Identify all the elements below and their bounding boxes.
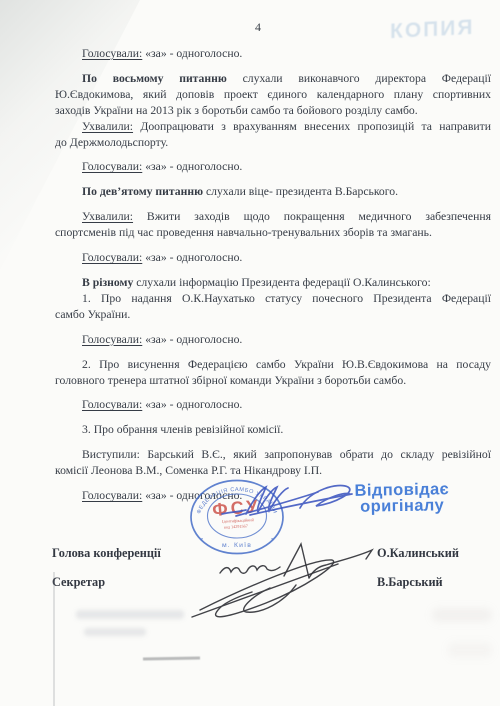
signature-row: СекретарВ.Барський xyxy=(52,575,492,591)
signatory-name: В.Барський xyxy=(377,575,443,590)
text-line: спортсменів під час проведення навчально… xyxy=(55,225,491,241)
text-line: Ухвалили: Вжити заходів щодо покращення … xyxy=(55,209,491,225)
paragraph-cont: Ухвалили: Доопрацювати з врахуванням вне… xyxy=(55,119,491,151)
text: спортсменів під час проведення навчально… xyxy=(55,226,432,239)
scan-smudge xyxy=(432,608,492,622)
document-text: Голосували: «за» - одноголосно.По восьмо… xyxy=(55,46,491,504)
text-line: самбо України. xyxy=(55,307,491,323)
paragraph-body: По восьмому питанню слухали виконавчого … xyxy=(55,71,491,119)
signatory-title: Секретар xyxy=(52,575,105,589)
text: до Держмолодьспорту. xyxy=(55,136,168,149)
certification-line-2: оригіналу xyxy=(346,498,458,515)
seal-id-line-1: Ідентифікаційний xyxy=(222,517,255,524)
signature-block: Голова конференціїО.КалинськийСекретарВ.… xyxy=(52,546,492,604)
text: «за» - одноголосно. xyxy=(142,160,242,173)
underlined-text: Голосували: xyxy=(82,47,142,60)
text: «за» - одноголосно. xyxy=(142,333,242,346)
text-line: Голосували: «за» - одноголосно. xyxy=(55,250,491,266)
seal-id-line-2: код 14291567 xyxy=(224,523,248,529)
text-line: В різному слухали інформацію Президента … xyxy=(55,275,491,291)
page-number: 4 xyxy=(0,20,500,35)
paragraph-body: Виступили: Барський В.Є., який запропону… xyxy=(55,447,491,479)
text: Доопрацювати з врахуванням внесених проп… xyxy=(133,120,491,133)
text: «за» - одноголосно. xyxy=(142,251,242,264)
scan-smudge xyxy=(448,642,492,658)
text-line: Голосували: «за» - одноголосно. xyxy=(55,332,491,348)
text: заходів України на 2013 рік з боротьби с… xyxy=(55,104,418,117)
text-line: Виступили: Барський В.Є., який запропону… xyxy=(55,447,491,463)
text: 3. Про обрання членів ревізійної комісії… xyxy=(82,423,283,436)
paragraph-body: 2. Про висунення Федерацією самбо Україн… xyxy=(55,357,491,389)
paragraph-vote: Голосували: «за» - одноголосно. xyxy=(55,46,491,62)
text-line: до Держмолодьспорту. xyxy=(55,135,491,151)
bold-text: По дев’ятому питанню xyxy=(82,185,203,198)
paragraph-body: Ухвалили: Вжити заходів щодо покращення … xyxy=(55,209,491,241)
text-line: 3. Про обрання членів ревізійної комісії… xyxy=(55,422,491,438)
text: слухали інформацію Президента федерації … xyxy=(133,276,430,289)
text: 2. Про висунення Федерацією самбо Україн… xyxy=(82,358,491,371)
text: головного тренера штатної збірної команд… xyxy=(55,374,406,387)
paragraph-vote: Голосували: «за» - одноголосно. xyxy=(55,250,491,266)
text-line: комісії Леонова В.М., Соменка Р.Г. та Ні… xyxy=(55,463,491,479)
text-line: По дев’ятому питанню слухали віце- прези… xyxy=(55,184,491,200)
text: комісії Леонова В.М., Соменка Р.Г. та Ні… xyxy=(55,464,322,477)
text: Ю.Євдокимова, який доповів проект єдиног… xyxy=(55,88,491,101)
paragraph-body: В різному слухали інформацію Президента … xyxy=(55,275,491,291)
bold-text: В різному xyxy=(82,276,133,289)
underlined-text: Ухвалили: xyxy=(82,210,133,223)
underlined-text: Голосували: xyxy=(82,398,142,411)
text-line: Голосували: «за» - одноголосно. xyxy=(55,46,491,62)
paragraph-vote: Голосували: «за» - одноголосно. xyxy=(55,332,491,348)
text-line: 2. Про висунення Федерацією самбо Україн… xyxy=(55,357,491,373)
paragraph-cont: 1. Про надання О.К.Наухатько статусу поч… xyxy=(55,291,491,323)
text: «за» - одноголосно. xyxy=(142,398,242,411)
underlined-text: Голосували: xyxy=(82,160,142,173)
text: слухали виконавчого директора Федерації xyxy=(227,72,491,85)
signatory-title: Голова конференції xyxy=(52,546,161,560)
text: слухали віце- президента В.Барського. xyxy=(203,185,398,198)
underlined-text: Голосували: xyxy=(82,489,142,502)
paragraph-body: 3. Про обрання членів ревізійної комісії… xyxy=(55,422,491,438)
underlined-text: Голосували: xyxy=(82,251,142,264)
bold-text: По восьмому питанню xyxy=(82,72,227,85)
paragraph-vote: Голосували: «за» - одноголосно. xyxy=(55,397,491,413)
text-line: Ухвалили: Доопрацювати з врахуванням вне… xyxy=(55,119,491,135)
text-line: головного тренера штатної збірної команд… xyxy=(55,373,491,389)
bleed-through-artifact xyxy=(76,610,184,619)
text-line: Ю.Євдокимова, який доповів проект єдиног… xyxy=(55,87,491,103)
text: Виступили: Барський В.Є., який запропону… xyxy=(82,448,491,461)
scan-smudge xyxy=(143,657,200,660)
text-line: заходів України на 2013 рік з боротьби с… xyxy=(55,103,491,119)
text: Вжити заходів щодо покращення медичного … xyxy=(133,210,491,223)
text-line: По восьмому питанню слухали виконавчого … xyxy=(55,71,491,87)
scanned-document-page: КОПИЯ 4 Голосували: «за» - одноголосно.П… xyxy=(0,0,500,706)
text-line: 1. Про надання О.К.Наухатько статусу поч… xyxy=(55,291,491,307)
text-line: Голосували: «за» - одноголосно. xyxy=(55,159,491,175)
signatory-name: О.Калинський xyxy=(377,546,459,561)
text: «за» - одноголосно. xyxy=(142,489,242,502)
seal-dot-left: • xyxy=(201,537,203,543)
seal-dot-right: • xyxy=(271,537,273,543)
text: самбо України. xyxy=(55,308,130,321)
bleed-through-artifact xyxy=(84,628,146,636)
scan-fold-line xyxy=(53,572,55,706)
text: «за» - одноголосно. xyxy=(142,47,242,60)
signature-row: Голова конференціїО.Калинський xyxy=(52,546,492,562)
text: 1. Про надання О.К.Наухатько статусу поч… xyxy=(82,292,491,305)
underlined-text: Голосували: xyxy=(82,333,142,346)
underlined-text: Ухвалили: xyxy=(82,120,133,133)
text-line: Голосували: «за» - одноголосно. xyxy=(55,397,491,413)
certification-stamp-text: Відповідає оригіналу xyxy=(346,482,459,515)
paragraph-vote: Голосували: «за» - одноголосно. xyxy=(55,159,491,175)
paragraph-body: По дев’ятому питанню слухали віце- прези… xyxy=(55,184,491,200)
